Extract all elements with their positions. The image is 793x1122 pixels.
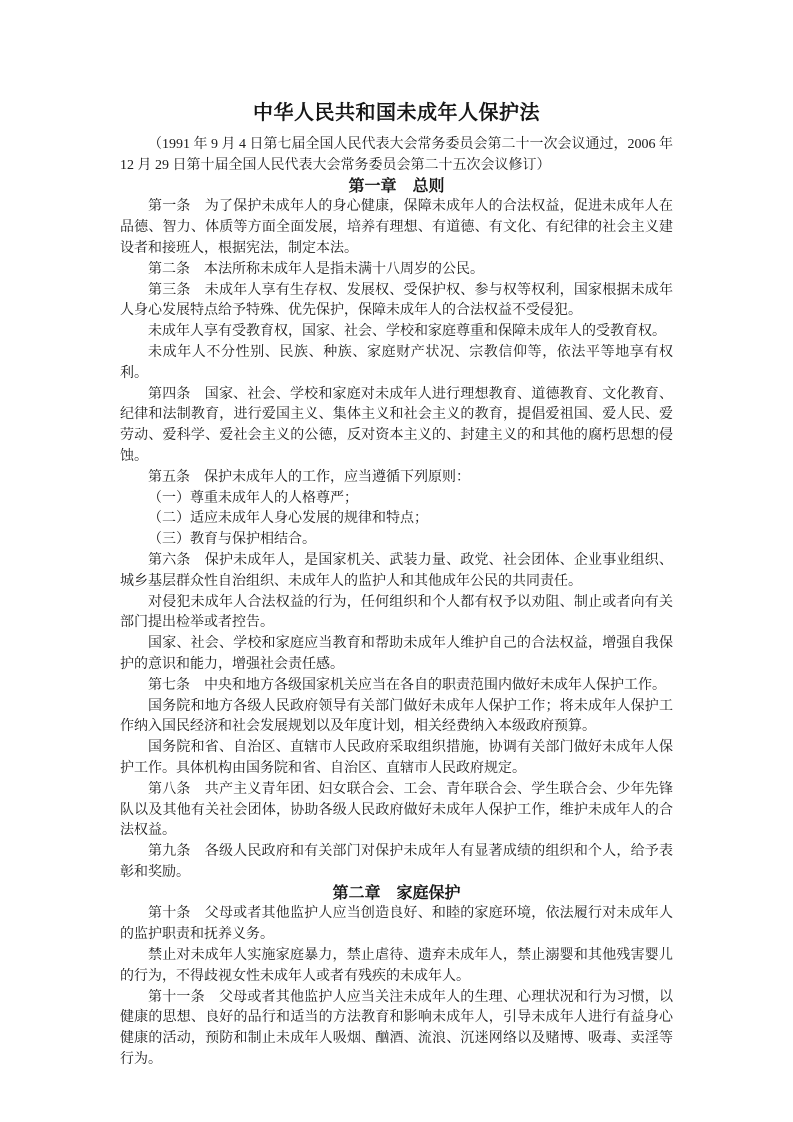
paragraph: 第九条 各级人民政府和有关部门对保护未成年人有显著成绩的组织和个人，给予表彰和奖… — [120, 842, 673, 884]
paragraph: （一）尊重未成年人的人格尊严； — [120, 489, 673, 510]
paragraph: 第七条 中央和地方各级国家机关应当在各自的职责范围内做好未成年人保护工作。 — [120, 676, 673, 697]
chapter-paragraphs: 第十条 父母或者其他监护人应当创造良好、和睦的家庭环境，依法履行对未成年人的监护… — [120, 904, 673, 1070]
chapter-section: 第一章 总则 第一条 为了保护未成年人的身心健康，保障未成年人的合法权益，促进未… — [120, 177, 673, 884]
document-subtitle: （1991 年 9 月 4 日第七届全国人民代表大会常务委员会第二十一次会议通过… — [120, 135, 673, 177]
paragraph: 第三条 未成年人享有生存权、发展权、受保护权、参与权等权利，国家根据未成年人身心… — [120, 281, 673, 323]
paragraph: 第十条 父母或者其他监护人应当创造良好、和睦的家庭环境，依法履行对未成年人的监护… — [120, 904, 673, 946]
chapter-heading: 第一章 总则 — [120, 177, 673, 198]
document-body: 第一章 总则 第一条 为了保护未成年人的身心健康，保障未成年人的合法权益，促进未… — [120, 177, 673, 1071]
paragraph: 国务院和地方各级人民政府领导有关部门做好未成年人保护工作；将未成年人保护工作纳入… — [120, 697, 673, 739]
paragraph: 对侵犯未成年人合法权益的行为，任何组织和个人都有权予以劝阻、制止或者向有关部门提… — [120, 593, 673, 635]
chapter-paragraphs: 第一条 为了保护未成年人的身心健康，保障未成年人的合法权益，促进未成年人在品德、… — [120, 197, 673, 883]
paragraph: 第六条 保护未成年人，是国家机关、武装力量、政党、社会团体、企业事业组织、城乡基… — [120, 551, 673, 593]
paragraph: （三）教育与保护相结合。 — [120, 530, 673, 551]
paragraph: 第五条 保护未成年人的工作，应当遵循下列原则： — [120, 468, 673, 489]
chapter-section: 第二章 家庭保护 第十条 父母或者其他监护人应当创造良好、和睦的家庭环境，依法履… — [120, 884, 673, 1071]
paragraph: 第八条 共产主义青年团、妇女联合会、工会、青年联合会、学生联合会、少年先锋队以及… — [120, 780, 673, 842]
document-page: 中华人民共和国未成年人保护法 （1991 年 9 月 4 日第七届全国人民代表大… — [0, 0, 793, 1122]
paragraph: 未成年人不分性别、民族、种族、家庭财产状况、宗教信仰等，依法平等地享有权利。 — [120, 343, 673, 385]
paragraph: 第四条 国家、社会、学校和家庭对未成年人进行理想教育、道德教育、文化教育、纪律和… — [120, 385, 673, 468]
paragraph: 第一条 为了保护未成年人的身心健康，保障未成年人的合法权益，促进未成年人在品德、… — [120, 197, 673, 259]
paragraph: 第十一条 父母或者其他监护人应当关注未成年人的生理、心理状况和行为习惯，以健康的… — [120, 988, 673, 1071]
document-title: 中华人民共和国未成年人保护法 — [120, 100, 673, 126]
paragraph: 国务院和省、自治区、直辖市人民政府采取组织措施，协调有关部门做好未成年人保护工作… — [120, 738, 673, 780]
paragraph: 禁止对未成年人实施家庭暴力，禁止虐待、遗弃未成年人，禁止溺婴和其他残害婴儿的行为… — [120, 946, 673, 988]
document-content: 中华人民共和国未成年人保护法 （1991 年 9 月 4 日第七届全国人民代表大… — [120, 100, 673, 1071]
paragraph: 未成年人享有受教育权，国家、社会、学校和家庭尊重和保障未成年人的受教育权。 — [120, 322, 673, 343]
chapter-heading: 第二章 家庭保护 — [120, 884, 673, 905]
paragraph: （二）适应未成年人身心发展的规律和特点； — [120, 509, 673, 530]
paragraph: 第二条 本法所称未成年人是指未满十八周岁的公民。 — [120, 260, 673, 281]
paragraph: 国家、社会、学校和家庭应当教育和帮助未成年人维护自己的合法权益，增强自我保护的意… — [120, 634, 673, 676]
